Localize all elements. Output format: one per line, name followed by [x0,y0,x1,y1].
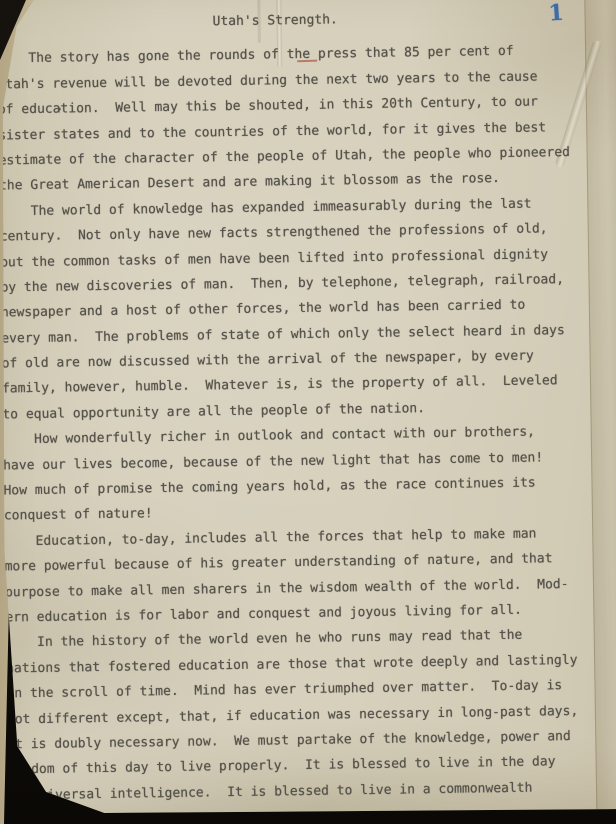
document-title: Utah's Strength. [0,3,607,37]
document-body: The story has gone the rounds of the pre… [0,38,616,809]
paragraph: How wonderfully richer in outlook and co… [3,419,614,530]
document-page: 1 Utah's Strength. The story has gone th… [0,0,616,819]
paragraph: The world of knowledge has expanded imme… [0,190,613,428]
paper-surface: 1 Utah's Strength. The story has gone th… [0,0,616,819]
paragraph: The story has gone the rounds of the pre… [0,38,609,199]
typewritten-text: Utah's Strength. The story has gone the … [0,3,616,808]
paragraph: Education, to-day, includes all the forc… [4,520,615,631]
paragraph: In the history of the world even he who … [6,622,616,809]
scanned-page-photo: 1 Utah's Strength. The story has gone th… [0,0,616,824]
